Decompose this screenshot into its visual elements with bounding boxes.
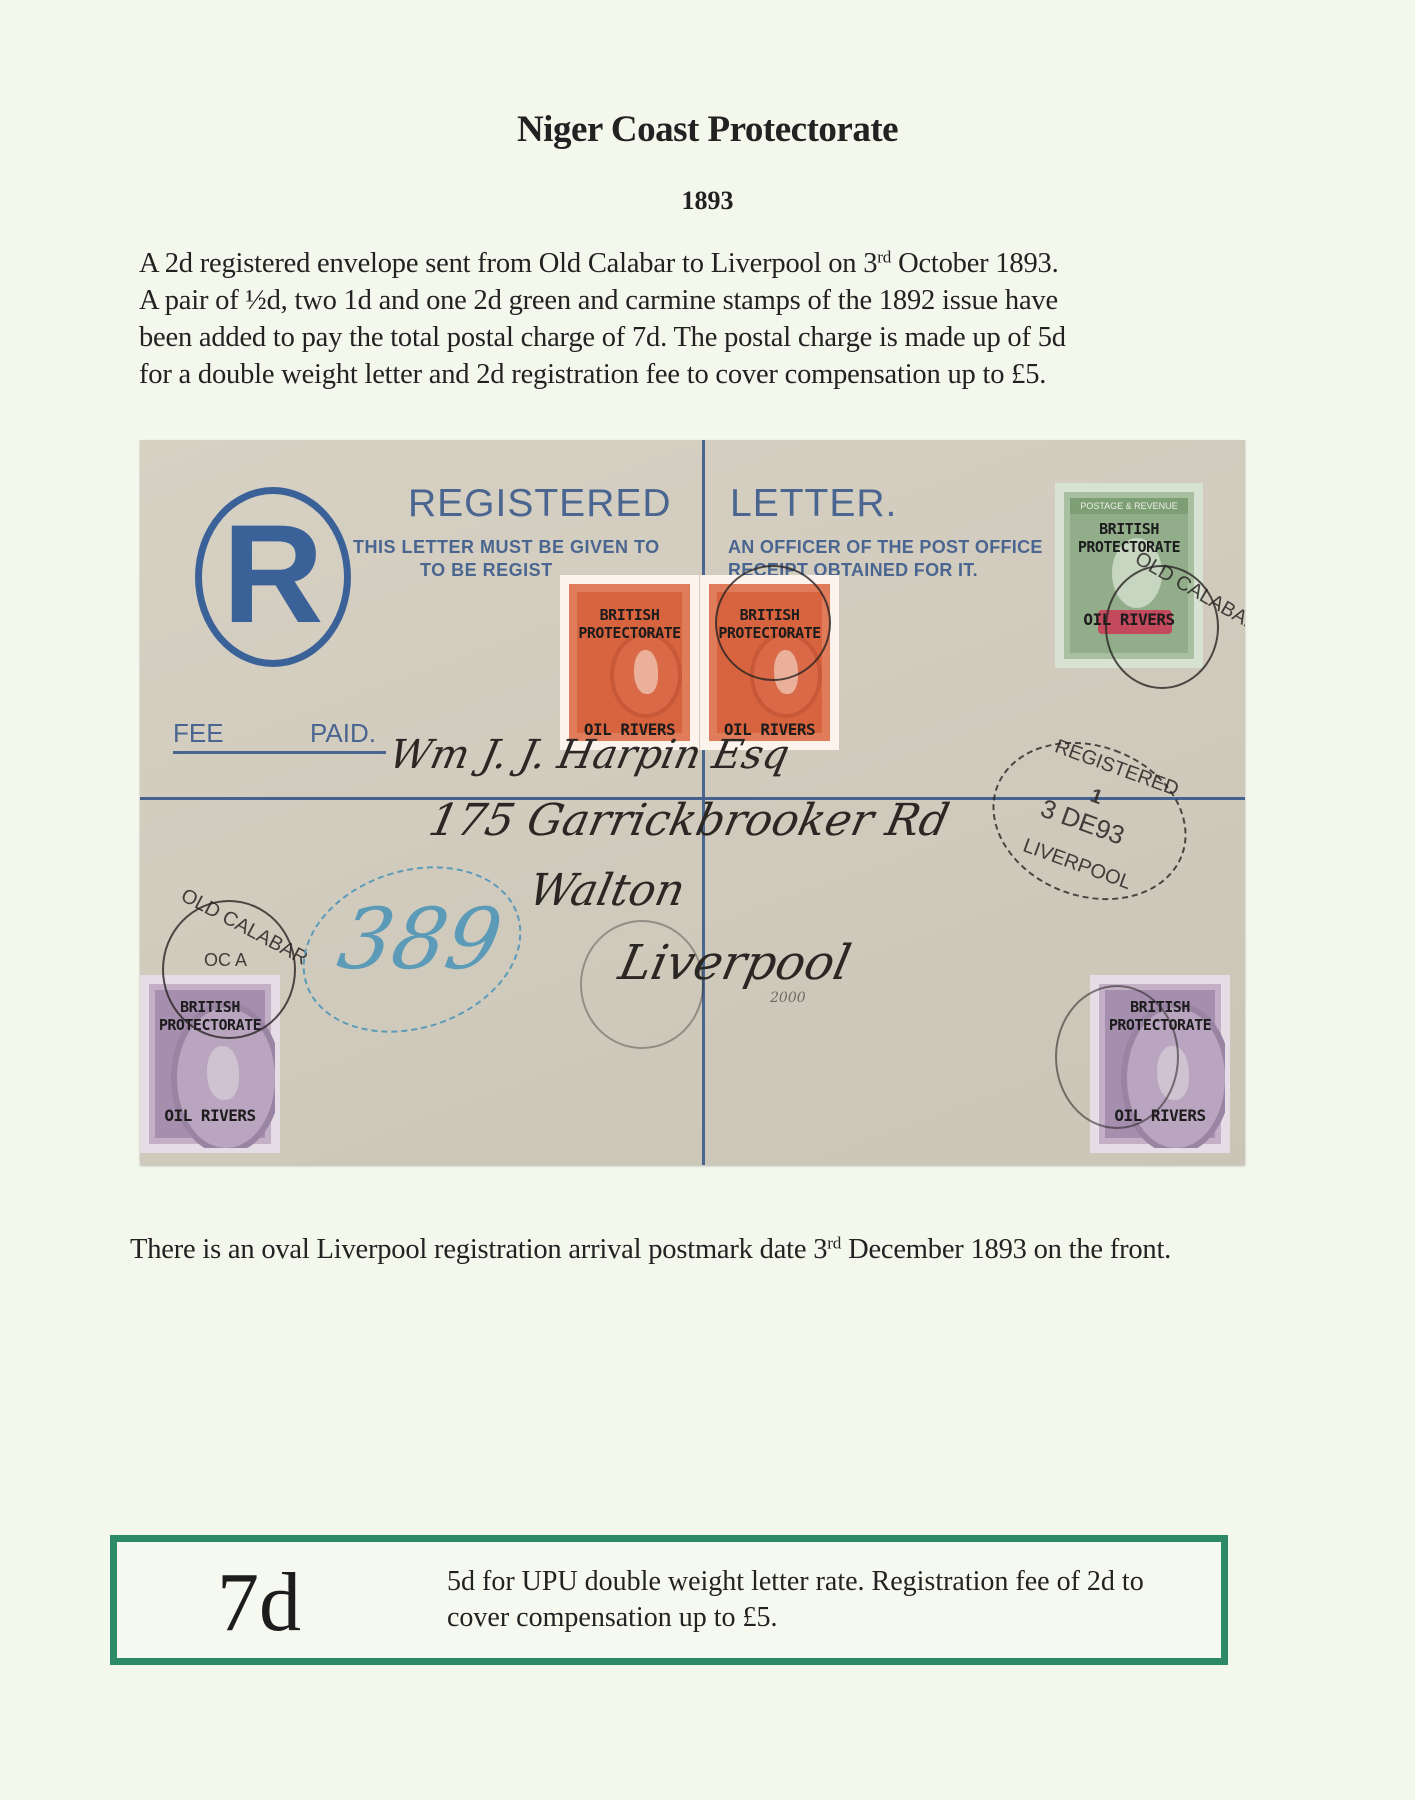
address-line: Wm J. J. Harpin Esq xyxy=(385,732,793,778)
fee-label: FEE xyxy=(173,718,224,749)
liverpool-registered-oval-postmark: REGISTERED 1 3 DE93 LIVERPOOL xyxy=(970,716,1209,927)
rate-description: 5d for UPU double weight letter rate. Re… xyxy=(447,1564,1207,1636)
postmark-circle: OLD CALABAR xyxy=(1105,565,1219,689)
registered-envelope-image: R REGISTERED LETTER. THIS LETTER MUST BE… xyxy=(140,440,1245,1165)
caption-paragraph: There is an oval Liverpool registration … xyxy=(130,1232,1260,1268)
old-calabar-postmark xyxy=(1055,985,1179,1129)
intro-line: A pair of ½d, two 1d and one 2d green an… xyxy=(139,282,1269,319)
rate-value: 7d xyxy=(217,1548,301,1658)
intro-line: been added to pay the total postal charg… xyxy=(139,319,1269,356)
intro-line: for a double weight letter and 2d regist… xyxy=(139,356,1269,393)
notice-right-line-1: AN OFFICER OF THE POST OFFICE xyxy=(728,537,1043,558)
address-line: Liverpool xyxy=(614,935,855,991)
registration-number: 389 xyxy=(331,890,509,988)
fee-paid-underline xyxy=(173,751,386,754)
queen-portrait-icon xyxy=(610,632,682,718)
paid-label: PAID. xyxy=(310,718,376,749)
stamp-half-penny: BRITISH PROTECTORATE OIL RIVERS xyxy=(560,575,699,750)
address-line: 175 Garrickbrooker Rd xyxy=(425,795,954,846)
registered-r-emblem-icon: R xyxy=(195,487,351,667)
pencil-note: 2000 xyxy=(770,990,806,1006)
page-title: Niger Coast Protectorate xyxy=(0,108,1415,151)
postmark-circle xyxy=(715,565,831,681)
intro-paragraph: A 2d registered envelope sent from Old C… xyxy=(139,245,1269,393)
page-year: 1893 xyxy=(0,186,1415,216)
old-calabar-postmark: OLD CALABAR OC A xyxy=(162,900,296,1039)
postal-rate-box: 7d 5d for UPU double weight letter rate.… xyxy=(110,1535,1228,1665)
address-line: Walton xyxy=(525,865,690,916)
intro-line: A 2d registered envelope sent from Old C… xyxy=(139,245,1269,282)
notice-left-line-1: THIS LETTER MUST BE GIVEN TO xyxy=(353,537,660,558)
letter-heading: LETTER. xyxy=(730,482,897,526)
registered-heading: REGISTERED xyxy=(408,482,672,526)
notice-left-line-2: TO BE REGIST xyxy=(420,560,553,581)
